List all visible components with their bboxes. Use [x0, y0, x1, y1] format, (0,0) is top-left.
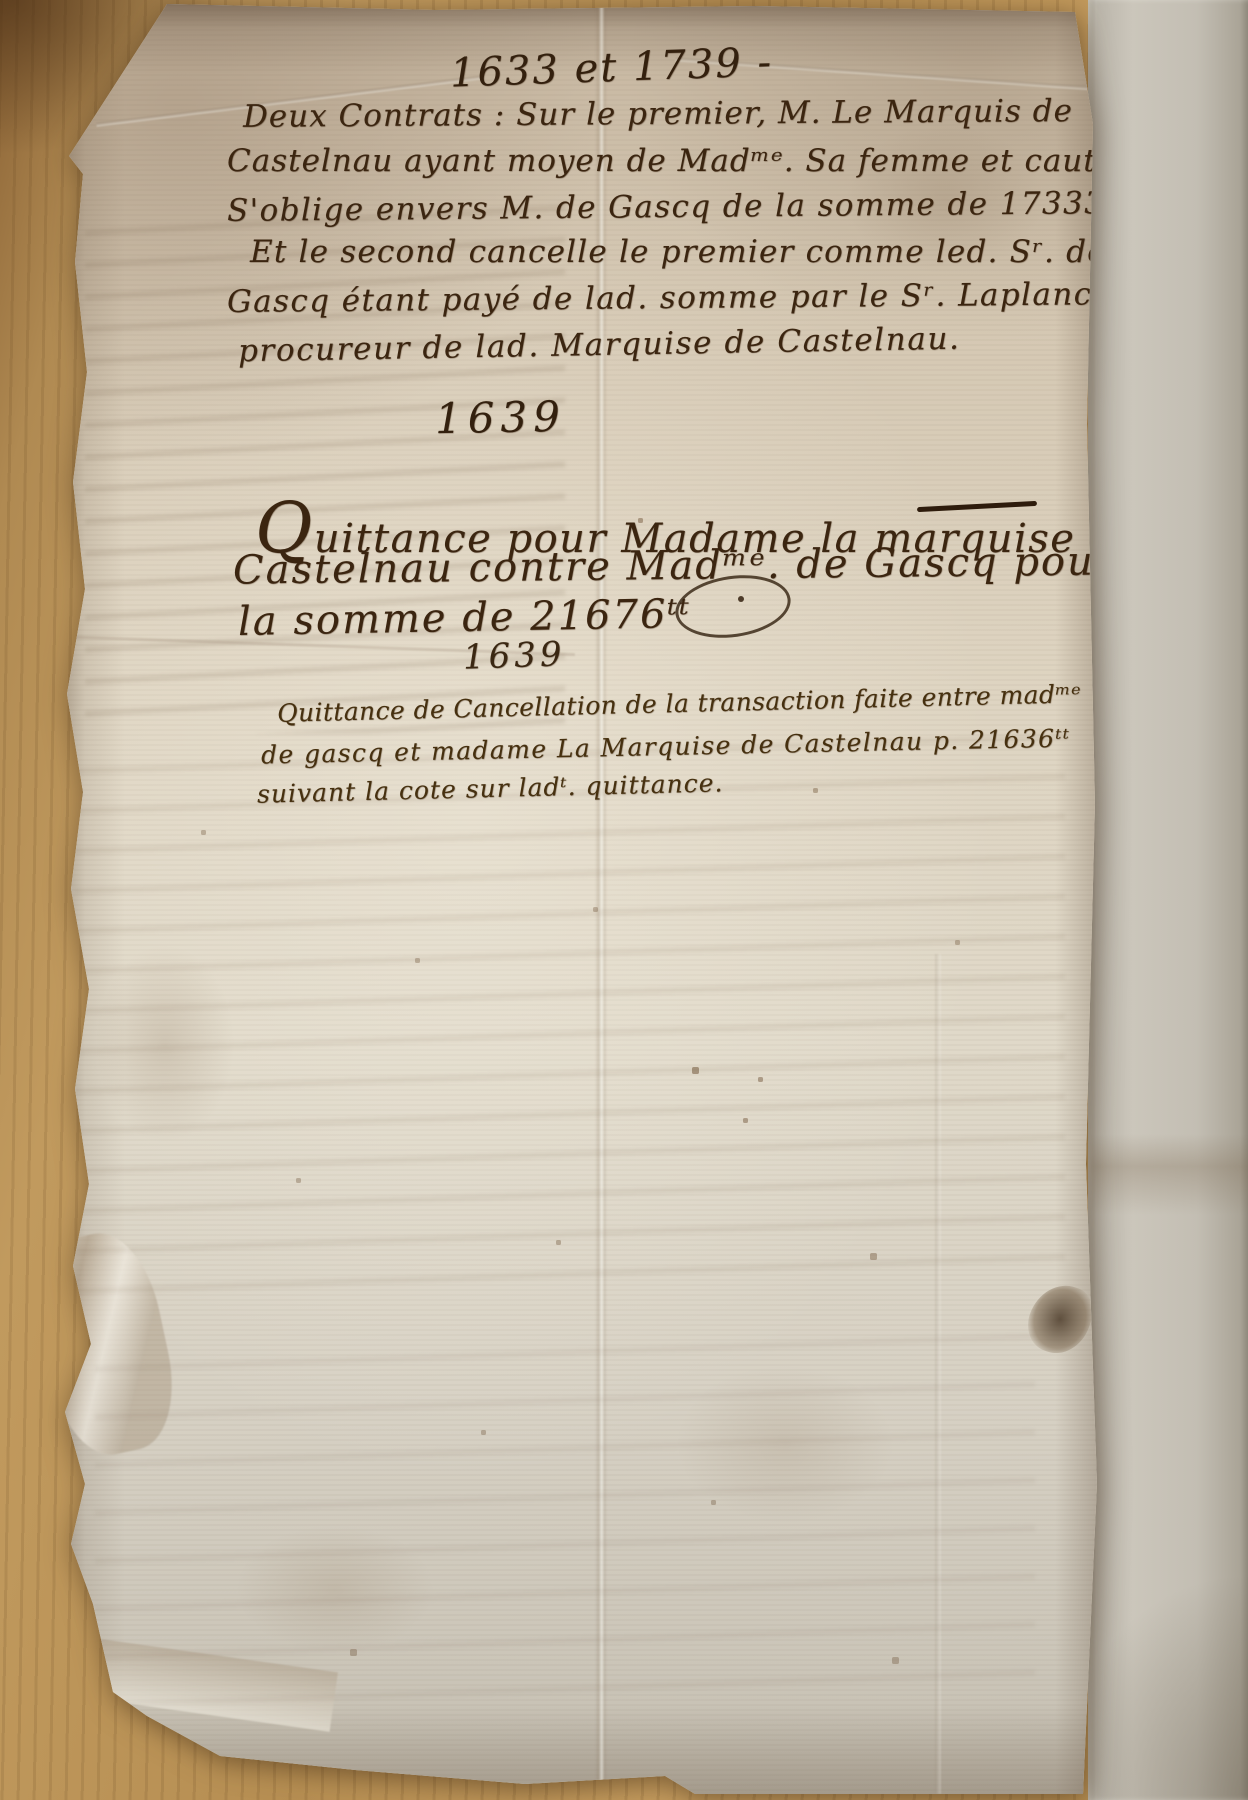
adjacent-page-sheet — [1088, 0, 1248, 1800]
entry1-line5: Gascq étant payé de lad. somme par le Sʳ… — [227, 277, 1134, 319]
entry2-year-heading: 1639 — [435, 394, 567, 442]
page-title-years: 1633 et 1739 - — [449, 40, 773, 95]
entry1-line3: S'oblige envers M. de Gascq de la somme … — [227, 186, 1124, 228]
stain-blotch-left — [95, 944, 235, 1144]
stain-blotch-center — [675, 1364, 895, 1524]
manuscript-page: 1633 et 1739 - Deux Contrats : Sur le pr… — [55, 4, 1100, 1794]
bleedthrough-text-lower — [95, 1324, 1035, 1704]
entry1-line1: Deux Contrats : Sur le premier, M. Le Ma… — [243, 94, 1073, 134]
entry1-line4: Et le second cancelle le premier comme l… — [250, 235, 1107, 269]
entry1-line2: Castelnau ayant moyen de Madᵐᵉ. Sa femme… — [227, 144, 1148, 178]
stain-blotch-bottom-left — [235, 1524, 435, 1654]
entry2-line3: la somme de 21676ᵗᵗ — [238, 592, 692, 644]
entry3-year-heading: 1639 — [462, 636, 566, 677]
ink-flourish-oval-dot — [738, 596, 744, 602]
entry2-line2: Castelnau contre Madᵐᵉ. de Gascq pour — [233, 539, 1116, 592]
